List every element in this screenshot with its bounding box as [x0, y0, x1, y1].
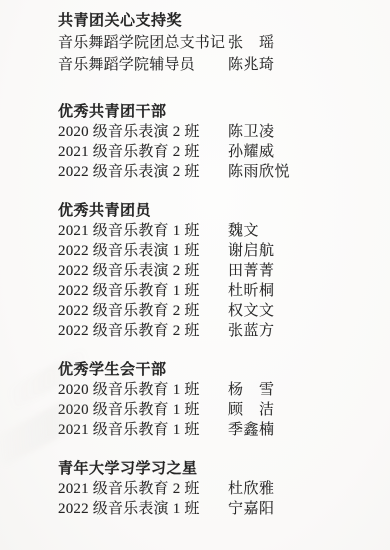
section-rows: 2021 级音乐教育 2 班杜欣雅 2022 级音乐表演 1 班宁嘉阳: [58, 479, 370, 519]
entry-label: 2020 级音乐教育 1 班: [58, 380, 228, 400]
entry-name: 杜欣雅: [228, 481, 275, 497]
entry-label: 2022 级音乐表演 1 班: [58, 241, 228, 261]
award-entry: 2022 级音乐教育 2 班张蓝方: [58, 321, 370, 341]
entry-label: 音乐舞蹈学院团总支书记: [58, 32, 228, 54]
award-entry: 2021 级音乐教育 1 班季鑫楠: [58, 420, 370, 440]
entry-label: 2021 级音乐教育 2 班: [58, 142, 228, 162]
entry-name: 孙耀威: [228, 144, 275, 160]
entry-label: 2022 级音乐表演 2 班: [58, 162, 228, 182]
entry-label: 2022 级音乐教育 2 班: [58, 301, 228, 321]
entry-label: 2022 级音乐教育 2 班: [58, 321, 228, 341]
entry-label: 2021 级音乐教育 2 班: [58, 479, 228, 499]
entry-label: 2021 级音乐教育 1 班: [58, 221, 228, 241]
entry-name: 魏文: [228, 223, 259, 239]
entry-name: 陈兆琦: [228, 57, 275, 73]
entry-name: 杨 雪: [228, 382, 275, 398]
entry-name: 张蓝方: [228, 323, 275, 339]
document-page: 共青团关心支持奖 音乐舞蹈学院团总支书记张 瑶 音乐舞蹈学院辅导员陈兆琦 优秀共…: [0, 0, 390, 550]
award-entry: 2020 级音乐表演 2 班陈卫凌: [58, 122, 370, 142]
entry-label: 2020 级音乐表演 2 班: [58, 122, 228, 142]
entry-name: 季鑫楠: [228, 422, 275, 438]
entry-label: 2022 级音乐表演 2 班: [58, 261, 228, 281]
award-entry: 2022 级音乐表演 2 班陈雨欣悦: [58, 162, 370, 182]
award-entry: 2022 级音乐教育 2 班权文文: [58, 301, 370, 321]
entry-name: 顾 洁: [228, 402, 275, 418]
award-section: 青年大学习学习之星 2021 级音乐教育 2 班杜欣雅 2022 级音乐表演 1…: [58, 459, 370, 519]
entry-name: 谢启航: [228, 243, 275, 259]
award-entry: 音乐舞蹈学院辅导员陈兆琦: [58, 54, 370, 76]
entry-label: 2020 级音乐教育 1 班: [58, 400, 228, 420]
entry-label: 2022 级音乐表演 1 班: [58, 499, 228, 519]
entry-name: 张 瑶: [228, 35, 275, 51]
section-rows: 音乐舞蹈学院团总支书记张 瑶 音乐舞蹈学院辅导员陈兆琦: [58, 32, 370, 76]
entry-name: 杜昕桐: [228, 283, 275, 299]
award-entry: 2022 级音乐表演 1 班宁嘉阳: [58, 499, 370, 519]
entry-name: 陈卫凌: [228, 124, 275, 140]
section-rows: 2020 级音乐表演 2 班陈卫凌 2021 级音乐教育 2 班孙耀威 2022…: [58, 122, 370, 182]
award-section: 共青团关心支持奖 音乐舞蹈学院团总支书记张 瑶 音乐舞蹈学院辅导员陈兆琦: [58, 10, 370, 76]
award-entry: 2021 级音乐教育 2 班孙耀威: [58, 142, 370, 162]
section-heading: 优秀共青团员: [58, 201, 370, 221]
award-section: 优秀共青团员 2021 级音乐教育 1 班魏文 2022 级音乐表演 1 班谢启…: [58, 201, 370, 341]
award-entry: 2022 级音乐表演 2 班田菁菁: [58, 261, 370, 281]
award-entry: 2020 级音乐教育 1 班杨 雪: [58, 380, 370, 400]
section-rows: 2020 级音乐教育 1 班杨 雪 2020 级音乐教育 1 班顾 洁 2021…: [58, 380, 370, 440]
entry-label: 音乐舞蹈学院辅导员: [58, 54, 228, 76]
section-heading: 优秀学生会干部: [58, 360, 370, 380]
award-section: 优秀共青团干部 2020 级音乐表演 2 班陈卫凌 2021 级音乐教育 2 班…: [58, 102, 370, 182]
sections: 共青团关心支持奖 音乐舞蹈学院团总支书记张 瑶 音乐舞蹈学院辅导员陈兆琦 优秀共…: [58, 10, 370, 519]
entry-label: 2022 级音乐教育 1 班: [58, 281, 228, 301]
section-rows: 2021 级音乐教育 1 班魏文 2022 级音乐表演 1 班谢启航 2022 …: [58, 221, 370, 341]
award-entry: 2022 级音乐教育 1 班杜昕桐: [58, 281, 370, 301]
entry-name: 权文文: [228, 303, 275, 319]
award-entry: 2021 级音乐教育 2 班杜欣雅: [58, 479, 370, 499]
award-section: 优秀学生会干部 2020 级音乐教育 1 班杨 雪 2020 级音乐教育 1 班…: [58, 360, 370, 440]
section-heading: 共青团关心支持奖: [58, 10, 370, 32]
award-entry: 音乐舞蹈学院团总支书记张 瑶: [58, 32, 370, 54]
entry-name: 宁嘉阳: [228, 501, 275, 517]
entry-name: 田菁菁: [228, 263, 275, 279]
section-heading: 优秀共青团干部: [58, 102, 370, 122]
award-entry: 2020 级音乐教育 1 班顾 洁: [58, 400, 370, 420]
entry-label: 2021 级音乐教育 1 班: [58, 420, 228, 440]
award-entry: 2021 级音乐教育 1 班魏文: [58, 221, 370, 241]
entry-name: 陈雨欣悦: [228, 164, 290, 180]
section-heading: 青年大学习学习之星: [58, 459, 370, 479]
award-entry: 2022 级音乐表演 1 班谢启航: [58, 241, 370, 261]
